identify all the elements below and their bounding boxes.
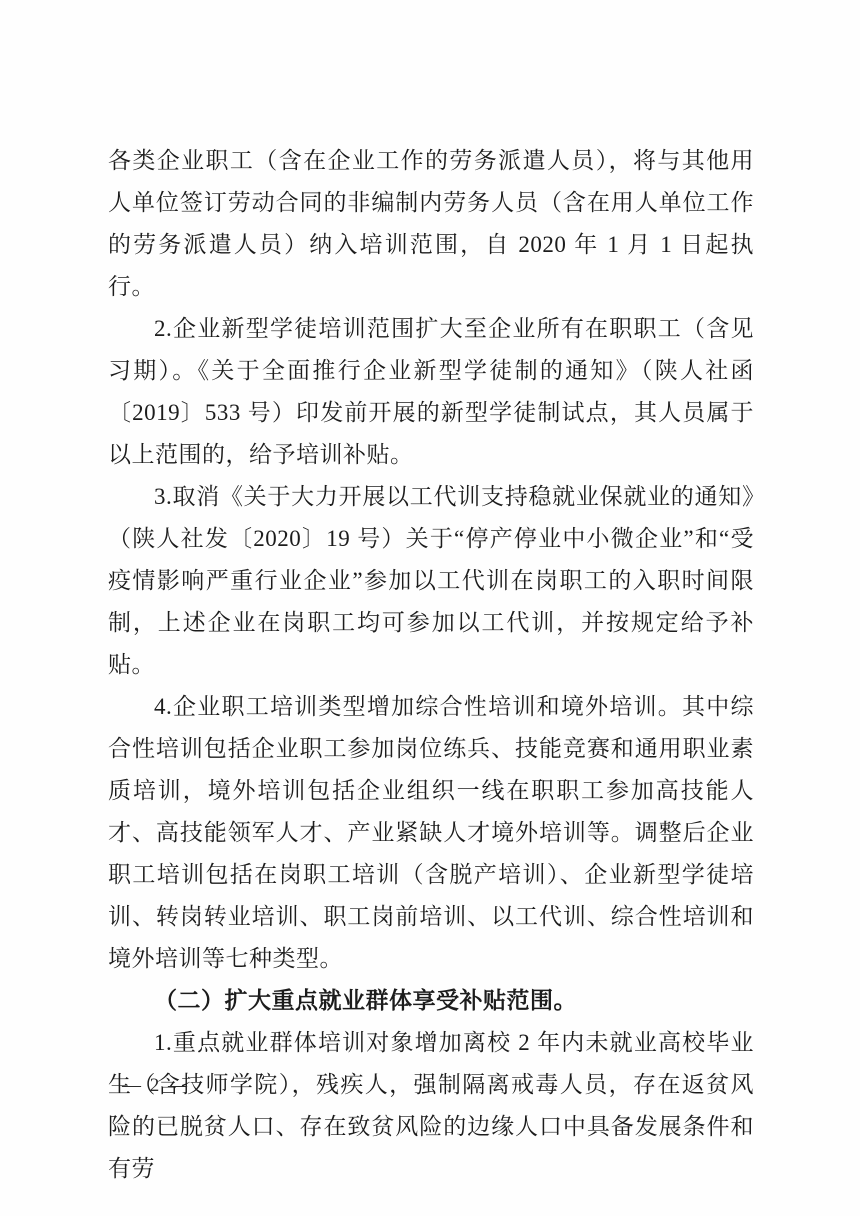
section-heading-two: （二）扩大重点就业群体享受补贴范围。: [108, 980, 754, 1022]
document-page: 各类企业职工（含在企业工作的劳务派遣人员），将与其他用人单位签订劳动合同的非编制…: [0, 0, 860, 1216]
paragraph-item-4: 4.企业职工培训类型增加综合性培训和境外培训。其中综合性培训包括企业职工参加岗位…: [108, 686, 754, 980]
paragraph-continuation: 各类企业职工（含在企业工作的劳务派遣人员），将与其他用人单位签订劳动合同的非编制…: [108, 140, 754, 308]
paragraph-item-1-after-heading: 1.重点就业群体培训对象增加离校 2 年内未就业高校毕业生（含技师学院），残疾人…: [108, 1022, 754, 1190]
paragraph-item-2: 2.企业新型学徒培训范围扩大至企业所有在职职工（含见习期）。《关于全面推行企业新…: [108, 308, 754, 476]
paragraph-item-3: 3.取消《关于大力开展以工代训支持稳就业保就业的通知》（陕人社发〔2020〕19…: [108, 476, 754, 686]
document-body: 各类企业职工（含在企业工作的劳务派遣人员），将与其他用人单位签订劳动合同的非编制…: [108, 140, 754, 1190]
page-number: — 2 —: [122, 1074, 189, 1098]
